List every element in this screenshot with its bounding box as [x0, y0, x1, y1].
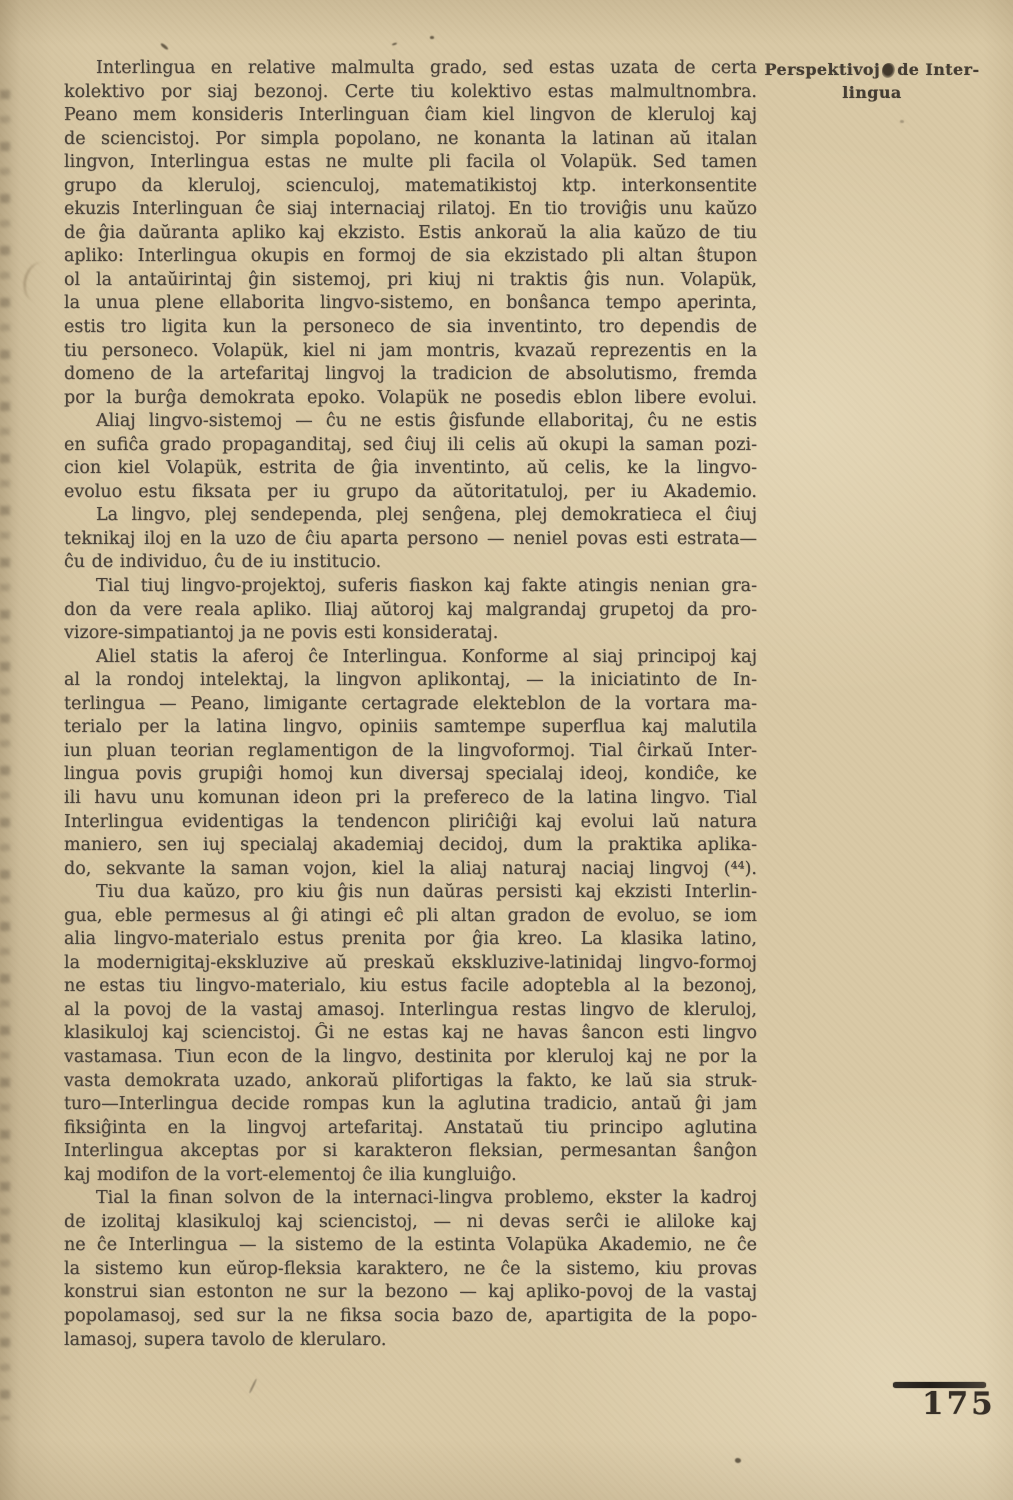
text-line: al la povoj de la vastaj amasoj. Interli… [64, 999, 757, 1023]
text-line: fiksiĝinta en la lingvoj artefaritaj. An… [64, 1117, 757, 1141]
text-line: vizore-simpatiantoj ja ne povis esti kon… [64, 622, 757, 646]
text-line: gua, eble permesus al ĝi atingi eĉ pli a… [64, 905, 757, 929]
paragraph: Aliaj lingvo-sistemoj — ĉu ne estis ĝisf… [64, 410, 757, 504]
text-line: en sufiĉa grado propaganditaj, sed ĉiuj … [64, 434, 757, 458]
text-line: Interlingua akceptas por si karakteron f… [64, 1140, 757, 1164]
text-line: ol la antaŭirintaj ĝin sistemoj, pri kiu… [64, 269, 757, 293]
paper-speck [249, 1378, 258, 1393]
text-line: iun pluan teorian reglamentigon de la li… [64, 740, 757, 764]
text-line: terialo per la latina lingvo, opiniis sa… [64, 716, 757, 740]
paper-speck [160, 43, 169, 51]
paragraph: Tial tiuj lingvo-projektoj, suferis fias… [64, 575, 757, 646]
text-line: lingua povis grupiĝi homoj kun diversaj … [64, 763, 757, 787]
text-line: la unua plene ellaborita lingvo-sistemo,… [64, 292, 757, 316]
paper-speck [900, 120, 904, 123]
text-line: de ĝia daŭranta apliko kaj ekzisto. Esti… [64, 222, 757, 246]
text-line: evoluo estu fiksata per iu grupo da aŭto… [64, 481, 757, 505]
text-line: don da vere reala apliko. Iliaj aŭtoroj … [64, 599, 757, 623]
text-line: teknikaj iloj en la uzo de ĉiu aparta pe… [64, 528, 757, 552]
text-line: ne estas tiu lingvo-materialo, kiu estus… [64, 975, 757, 999]
text-line: la modernigitaj-ekskluzive aŭ preskaŭ ek… [64, 952, 757, 976]
paragraph: Aliel statis la aferoj ĉe Interlingua. K… [64, 646, 757, 881]
text-line: ne ĉe Interlingua — la sistemo de la est… [64, 1234, 757, 1258]
text-line: ĉu de individuo, ĉu de iu institucio. [64, 551, 757, 575]
text-line: popolamasoj, sed sur la ne fiksa socia b… [64, 1305, 757, 1329]
text-line: kaj modifon de la vort-elementoj ĉe ilia… [64, 1164, 757, 1188]
paper-speck [392, 42, 397, 45]
page-edge-bleedthrough [0, 90, 10, 1420]
text-line: klasikuloj kaj sciencistoj. Ĝi ne estas … [64, 1022, 757, 1046]
text-line: vastamasa. Tiun econ de la lingvo, desti… [64, 1046, 757, 1070]
scanned-book-page: Interlingua en relative malmulta grado, … [0, 0, 1013, 1500]
text-line: la sistemo kun eŭrop-fleksia karaktero, … [64, 1258, 757, 1282]
margin-heading-line2: lingua [753, 82, 991, 105]
paragraph: Interlingua en relative malmulta grado, … [64, 57, 757, 410]
text-line: Tiu dua kaŭzo, pro kiu ĝis nun daŭras pe… [64, 881, 757, 905]
text-line: cion kiel Volapük, estrita de ĝia invent… [64, 457, 757, 481]
text-line: de sciencistoj. Por simpla popolano, ne … [64, 128, 757, 152]
text-line: Peano mem konsideris Interlinguan ĉiam k… [64, 104, 757, 128]
paragraph: Tial la finan solvon de la internaci-lin… [64, 1187, 757, 1352]
margin-heading-text-1: Perspektivoj [765, 60, 881, 79]
text-line: alia lingvo-materialo estus prenita por … [64, 928, 757, 952]
text-line: por la burĝa demokrata epoko. Volapük ne… [64, 387, 757, 411]
text-line: lamasoj, supera tavolo de klerularo. [64, 1329, 757, 1353]
paper-crease-mark [20, 259, 59, 305]
text-line: terlingua — Peano, limigante certagrade … [64, 693, 757, 717]
paper-speck [430, 36, 434, 39]
text-line: Aliaj lingvo-sistemoj — ĉu ne estis ĝisf… [64, 410, 757, 434]
text-line: ili havu unu komunan ideon pri la prefer… [64, 787, 757, 811]
text-line: grupo da kleruloj, scienculoj, matematik… [64, 175, 757, 199]
text-line: Interlingua en relative malmulta grado, … [64, 57, 757, 81]
text-line: konstrui sian estonton ne sur la bezono … [64, 1281, 757, 1305]
text-line: apliko: Interlingua okupis en formoj de … [64, 245, 757, 269]
text-line: tiu personeco. Volapük, kiel ni jam mont… [64, 340, 757, 364]
text-line: kolektivo por siaj bezonoj. Certe tiu ko… [64, 81, 757, 105]
text-line: Tial la finan solvon de la internaci-lin… [64, 1187, 757, 1211]
paper-speck [735, 1458, 741, 1463]
text-line: turo—Interlingua decide rompas kun la ag… [64, 1093, 757, 1117]
text-line: Aliel statis la aferoj ĉe Interlingua. K… [64, 646, 757, 670]
text-line: estis tro ligita kun la personeco de sia… [64, 316, 757, 340]
text-line: lingvon, Interlingua estas ne multe pli … [64, 151, 757, 175]
text-line: maniero, sen iuj specialaj akademiaj dec… [64, 834, 757, 858]
text-line: al la rondoj intelektaj, la lingvon apli… [64, 669, 757, 693]
paragraph: Tiu dua kaŭzo, pro kiu ĝis nun daŭras pe… [64, 881, 757, 1187]
text-line: do, sekvante la saman vojon, kiel la ali… [64, 858, 757, 882]
ink-blot [882, 63, 895, 78]
text-line: de izolitaj klasikuloj kaj sciencistoj, … [64, 1211, 757, 1235]
paragraph: La lingvo, plej sendependa, plej senĝena… [64, 504, 757, 575]
page-number: 175 [922, 1386, 990, 1422]
text-line: Tial tiuj lingvo-projektoj, suferis fias… [64, 575, 757, 599]
text-line: domeno de la artefaritaj lingvoj la trad… [64, 363, 757, 387]
page-body-text: Interlingua en relative malmulta grado, … [64, 57, 757, 1352]
margin-heading-text-2: de Inter- [897, 60, 979, 79]
text-line: Interlingua evidentigas la tendencon pli… [64, 811, 757, 835]
margin-heading: Perspektivojde Inter- lingua [753, 59, 991, 104]
text-line: vasta demokrata uzado, ankoraŭ plifortig… [64, 1070, 757, 1094]
margin-heading-line1: Perspektivojde Inter- [753, 59, 991, 82]
text-line: ekuzis Interlinguan ĉe siaj internaciaj … [64, 198, 757, 222]
text-line: La lingvo, plej sendependa, plej senĝena… [64, 504, 757, 528]
